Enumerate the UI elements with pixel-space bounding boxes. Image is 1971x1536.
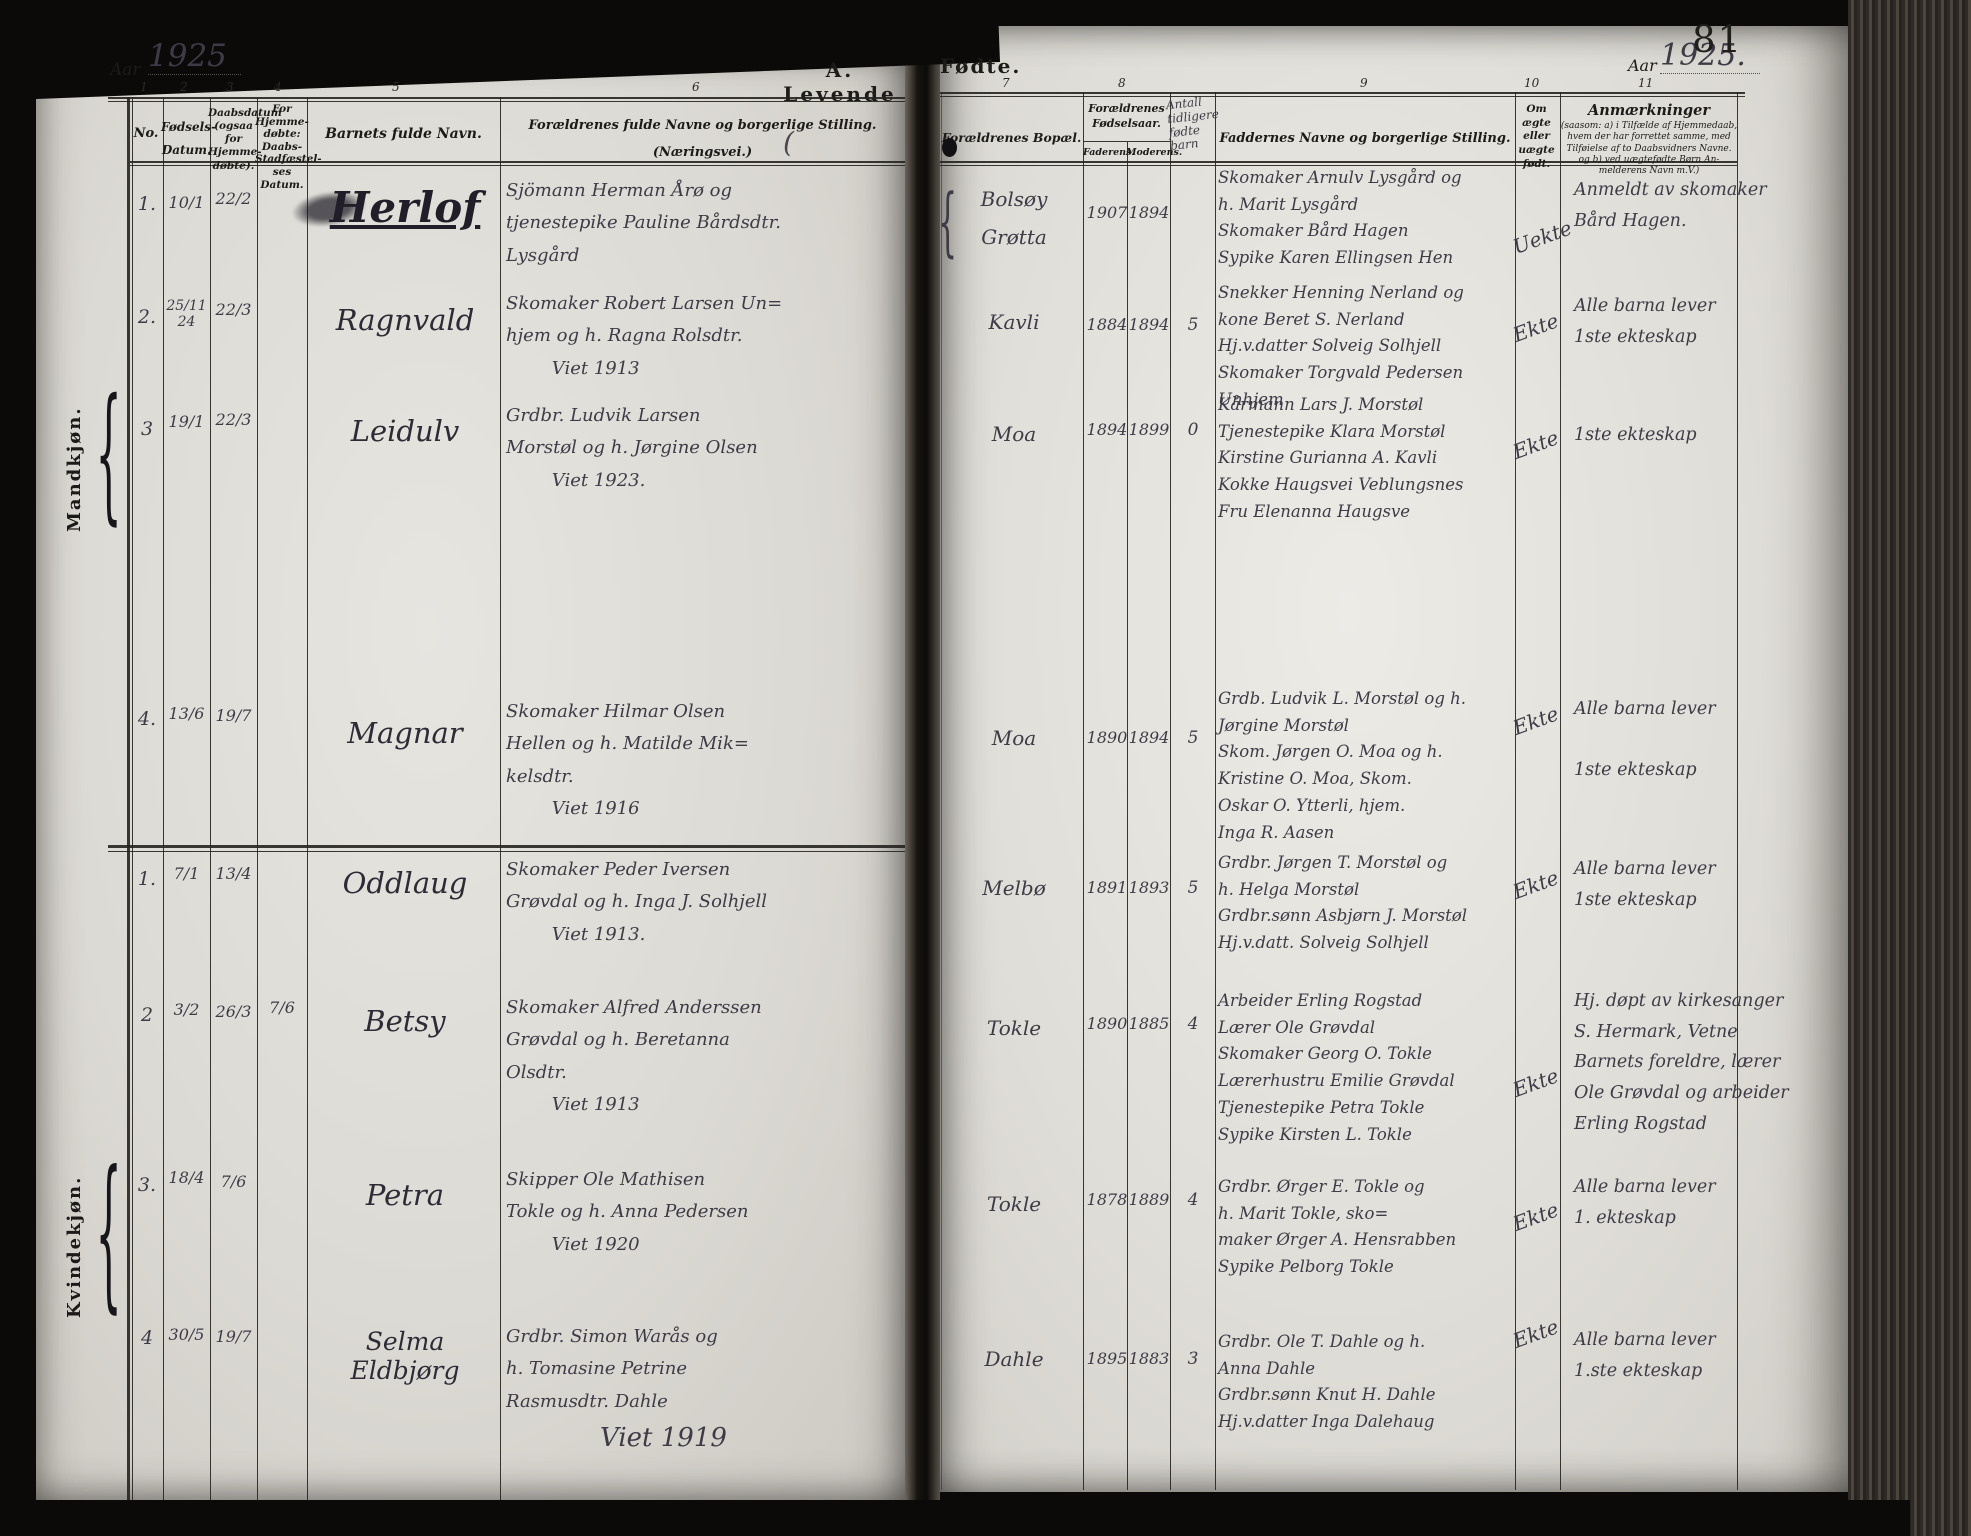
cell-father-year: 1890 (1086, 1014, 1128, 1033)
cell-baptism-date: 19/7 (210, 706, 257, 725)
cell-birth-date: 7/1 (163, 864, 210, 883)
cell-father-year: 1891 (1086, 878, 1128, 897)
column-number-11: 11 (1638, 76, 1653, 90)
column-line (1083, 92, 1084, 1490)
column-line (500, 97, 501, 1500)
column-number-7: 7 (1002, 76, 1010, 90)
cell-number: 2 (131, 1004, 163, 1026)
cell-parents: Sjömann Herman Årø og tjenestepike Pauli… (506, 175, 818, 272)
column-number-2: 2 (180, 80, 188, 94)
cell-residence: Dahle (948, 1347, 1080, 1371)
section-label-male: Mandkjøn. (64, 406, 85, 532)
cell-birth-date: 3/2 (163, 1000, 210, 1019)
ink-mark: ( (783, 126, 794, 159)
cell-baptism-date: 19/7 (210, 1327, 257, 1346)
cell-mother-year: 1894 (1128, 728, 1170, 747)
section-brace-male: { (95, 366, 121, 539)
header-birth-years: Forældrenes Fødselsaar. (1083, 102, 1170, 132)
cell-mother-year: 1889 (1128, 1190, 1170, 1209)
section-separator (108, 845, 905, 848)
rule (108, 97, 905, 99)
cell-prev-children: 4 (1172, 1014, 1214, 1034)
cell-child-name: Petra (310, 1178, 500, 1212)
rule (940, 92, 1745, 94)
cell-child-name: Leidulv (310, 414, 500, 448)
column-line (1170, 92, 1171, 1490)
cell-godparents: Arbeider Erling Rogstad Lærer Ole Grøvda… (1218, 988, 1518, 1148)
cell-remarks: Alle barna lever 1ste ekteskap (1574, 291, 1836, 352)
cell-number: 2. (131, 306, 163, 328)
cell-remarks: Alle barna lever 1ste ekteskap (1574, 854, 1836, 915)
column-number-10: 10 (1524, 76, 1539, 90)
cell-parents: Skipper Ole Mathisen Tokle og h. Anna Pe… (506, 1164, 818, 1261)
parish-register-scan: Aar 1925 A. Levende Fødte. Aar 1925. 81 … (0, 0, 1971, 1536)
header-remarks-title: Anmærkninger (1560, 102, 1738, 119)
cell-father-year: 1895 (1086, 1349, 1128, 1368)
cell-remarks: Alle barna lever 1. ekteskap (1574, 1172, 1836, 1233)
cell-parents: Grdbr. Simon Warås og h. Tomasine Petrin… (506, 1321, 818, 1418)
cell-residence: Bolsøy Grøtta (948, 180, 1080, 256)
header-godparents: Faddernes Navne og borgerlige Stilling. (1215, 131, 1515, 146)
cell-baptism-date: 26/3 (210, 1002, 257, 1021)
column-number-1: 1 (140, 80, 148, 94)
column-number-5: 5 (392, 80, 400, 94)
cell-mother-year: 1894 (1128, 203, 1170, 222)
cell-birth-date: 19/1 (163, 412, 210, 431)
cell-parents: Skomaker Hilmar Olsen Hellen og h. Matil… (506, 696, 818, 826)
cell-number: 4. (131, 708, 163, 730)
cell-baptism-date: 7/6 (210, 1172, 257, 1191)
cell-residence: Tokle (948, 1192, 1080, 1216)
section-brace-female: { (95, 1134, 121, 1328)
cell-prev-children: 5 (1172, 728, 1214, 748)
cell-godparents: Kårmann Lars J. Morstøl Tjenestepike Kla… (1218, 392, 1518, 526)
ink-blot (942, 138, 957, 157)
header-residence: Forældrenes Bopæl. (940, 130, 1083, 145)
page-title-right: Fødte. (940, 54, 1021, 78)
cell-father-year: 1884 (1086, 315, 1128, 334)
cell-birth-date: 30/5 (163, 1325, 210, 1344)
cell-parents: Grdbr. Ludvik Larsen Morstøl og h. Jørgi… (506, 400, 818, 497)
column-line (257, 97, 258, 1500)
cell-remarks: Anmeldt av skomaker Bård Hagen. (1574, 175, 1836, 236)
section-separator (108, 851, 905, 852)
cell-birth-date: 10/1 (163, 193, 210, 212)
cell-number: 1. (131, 193, 163, 215)
cell-child-name: Betsy (310, 1004, 500, 1038)
cell-baptism-date: 22/2 (210, 189, 257, 208)
rule (108, 101, 905, 102)
cell-godparents: Grdbr. Jørgen T. Morstøl og h. Helga Mor… (1218, 850, 1518, 957)
cell-father-year: 1907 (1086, 203, 1128, 222)
cell-godparents: Skomaker Arnulv Lysgård og h. Marit Lysg… (1218, 165, 1518, 272)
cell-child-name: Oddlaug (310, 866, 500, 900)
cell-baptism-date: 22/3 (210, 410, 257, 429)
cell-prev-children: 5 (1172, 315, 1214, 335)
cell-baptism-date: 13/4 (210, 864, 257, 883)
cell-prev-children: 4 (1172, 1190, 1214, 1210)
column-line (941, 92, 942, 1490)
column-number-8: 8 (1118, 76, 1126, 90)
cell-birth-date: 18/4 (163, 1168, 210, 1187)
cell-godparents: Grdbr. Ørger E. Tokle og h. Marit Tokle,… (1218, 1174, 1518, 1281)
cell-remarks: 1ste ekteskap (1574, 420, 1836, 451)
cell-mother-year: 1899 (1128, 420, 1170, 439)
aar-label-left: Aar (110, 60, 141, 80)
column-number-6: 6 (692, 80, 700, 94)
aar-label-right: Aar (1628, 56, 1657, 75)
cell-prev-children: 3 (1172, 1349, 1214, 1369)
cell-remarks: Alle barna lever 1ste ekteskap (1574, 694, 1836, 786)
cell-child-name: Ragnvald (310, 303, 500, 337)
header-remarks-note: (saasom: a) i Tilfælde af Hjemmedaab, hv… (1559, 121, 1739, 177)
subheader-line (1083, 141, 1170, 142)
bottom-shadow-band (0, 1500, 1910, 1536)
rule (940, 96, 1745, 97)
page-number: 81 (1692, 18, 1743, 61)
cell-marriage-note: Viet 1919 (600, 1423, 727, 1453)
cell-number: 4 (131, 1327, 163, 1349)
cell-mother-year: 1885 (1128, 1014, 1170, 1033)
cell-godparents: Grdb. Ludvik L. Morstøl og h. Jørgine Mo… (1218, 686, 1518, 846)
header-parents: Forældrenes fulde Navne og borgerlige St… (500, 112, 905, 167)
cell-prev-children: 5 (1172, 878, 1214, 898)
column-line (307, 97, 308, 1500)
cell-mother-year: 1883 (1128, 1349, 1170, 1368)
cell-parents: Skomaker Peder Iversen Grøvdal og h. Ing… (506, 854, 818, 951)
cell-number: 1. (131, 868, 163, 890)
cell-baptism-date: 22/3 (210, 300, 257, 319)
header-baptism-date: Daabsdatum (ogsaa for Hjemme- døbte). (208, 107, 259, 173)
cell-father-year: 1878 (1086, 1190, 1128, 1209)
column-line (1127, 142, 1128, 1490)
header-child-name: Barnets fulde Navn. (307, 126, 500, 142)
column-line (1215, 92, 1216, 1490)
cell-confirmation-date: 7/6 (257, 998, 307, 1017)
section-label-female: Kvindekjøn. (64, 1176, 85, 1318)
cell-mother-year: 1893 (1128, 878, 1170, 897)
header-mother: Moderens. (1126, 147, 1171, 158)
cell-number: 3. (131, 1174, 163, 1196)
cell-residence: Melbø (948, 876, 1080, 900)
column-line (1560, 92, 1561, 1490)
column-number-4: 4 (274, 80, 282, 94)
cell-parents: Skomaker Alfred Anderssen Grøvdal og h. … (506, 992, 818, 1122)
header-father: Faderens. (1083, 147, 1127, 158)
cell-mother-year: 1894 (1128, 315, 1170, 334)
book-gutter (905, 0, 940, 1536)
book-edge-texture (1848, 0, 1971, 1536)
cell-child-name: Herlof (310, 183, 500, 232)
cell-child-name: Selma Eldbjørg (310, 1327, 500, 1385)
cell-father-year: 1890 (1086, 728, 1128, 747)
column-number-3: 3 (226, 80, 234, 94)
year-left: 1925 (148, 38, 241, 74)
cell-birth-date: 13/6 (163, 704, 210, 723)
cell-prev-children: 0 (1172, 420, 1214, 440)
cell-remarks: Hj. døpt av kirkesanger S. Hermark, Vetn… (1574, 986, 1836, 1139)
header-birth-date: Fødsels- Datum. (161, 116, 212, 162)
cell-child-name: Magnar (310, 716, 500, 750)
cell-residence: Kavli (948, 310, 1080, 334)
header-no: No. (128, 126, 164, 141)
cell-number: 3 (131, 418, 163, 440)
cell-parents: Skomaker Robert Larsen Un= hjem og h. Ra… (506, 288, 818, 385)
cell-birth-date: 25/11 24 (163, 298, 210, 330)
cell-residence: Tokle (948, 1016, 1080, 1040)
cell-residence: Moa (948, 726, 1080, 750)
margin-line (127, 97, 130, 1500)
cell-godparents: Grdbr. Ole T. Dahle og h. Anna Dahle Grd… (1218, 1329, 1518, 1436)
cell-remarks: Alle barna lever 1.ste ekteskap (1574, 1325, 1836, 1386)
column-number-9: 9 (1360, 76, 1368, 90)
header-confirmation-date: For Hjemme- døbte: Daabs- Stadfæstel- se… (255, 103, 309, 191)
cell-father-year: 1894 (1086, 420, 1128, 439)
cell-residence: Moa (948, 422, 1080, 446)
header-legitimacy: Om ægte eller uægte født. (1513, 103, 1560, 171)
